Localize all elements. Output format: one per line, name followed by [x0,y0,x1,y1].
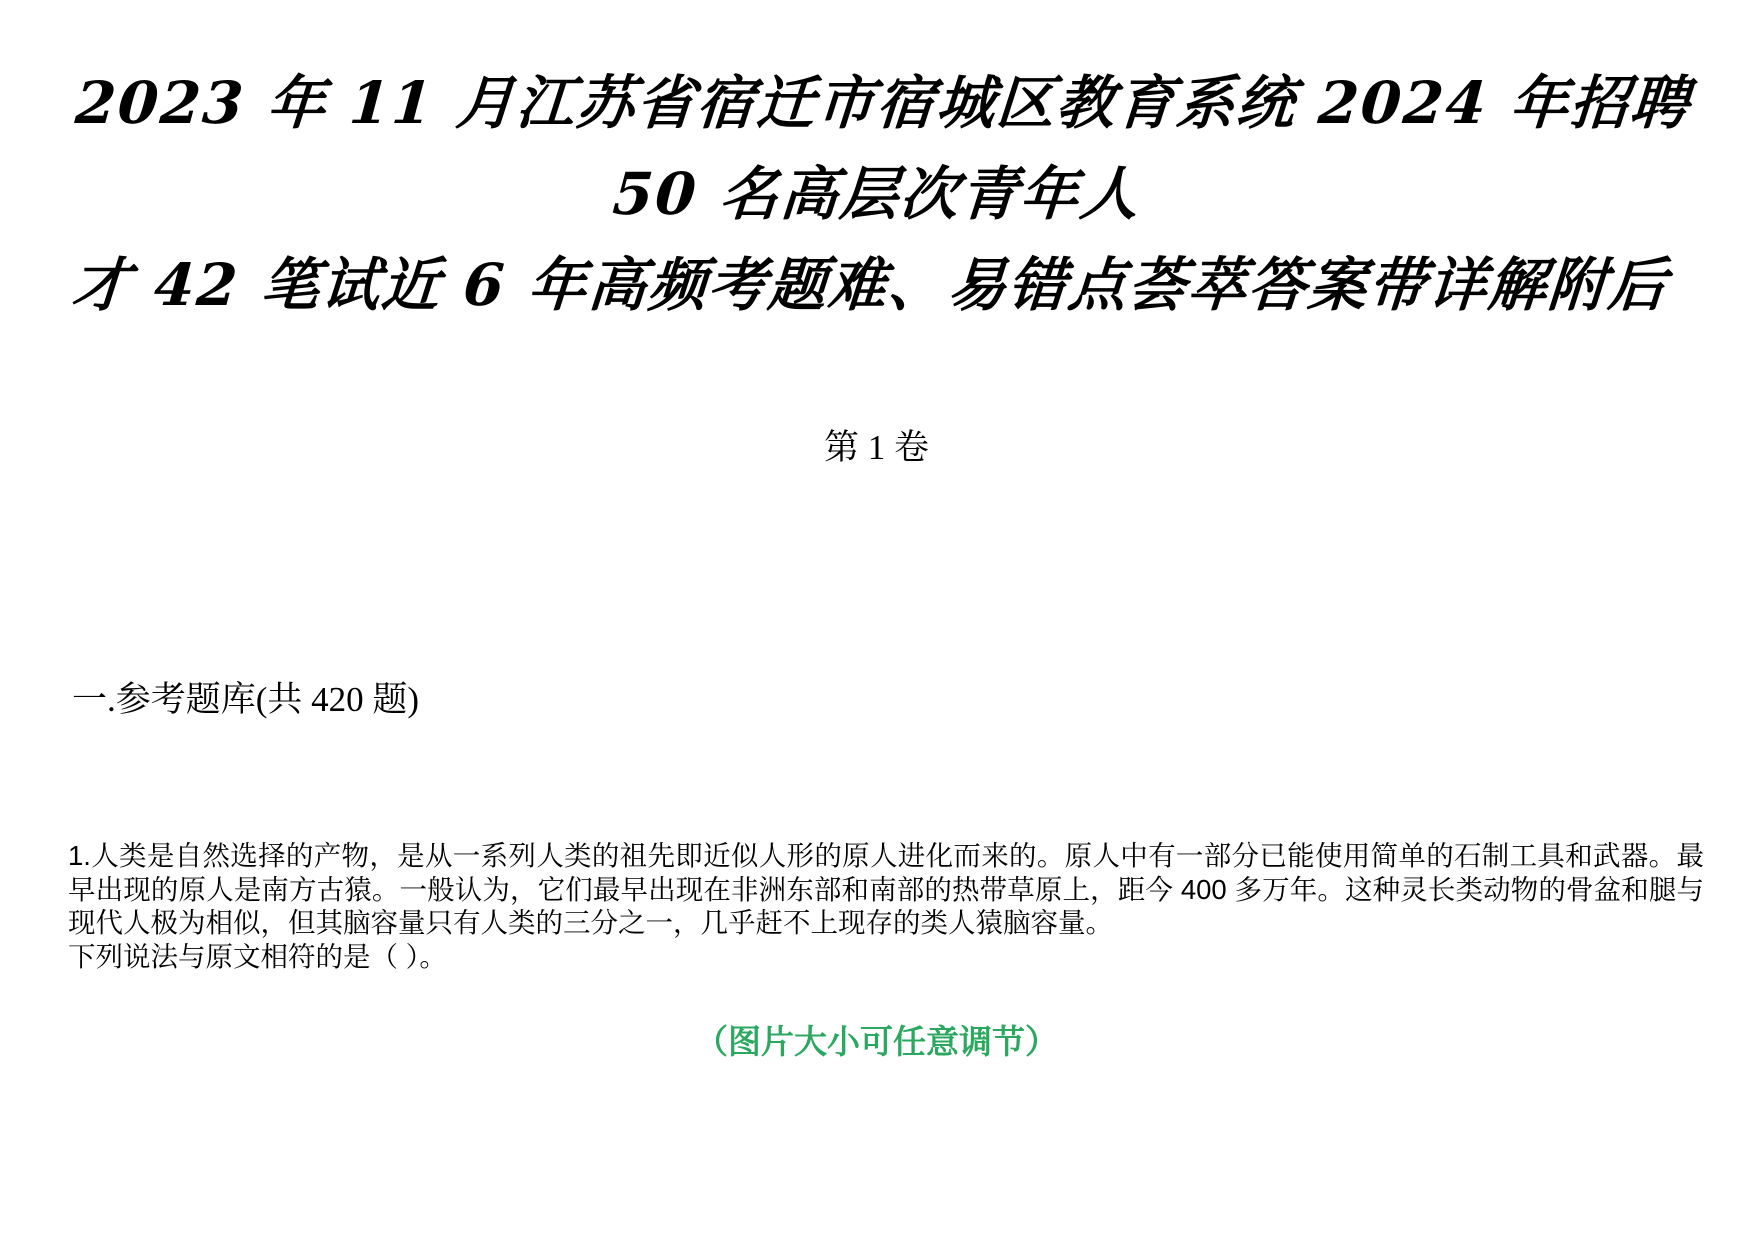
question-1-prompt: 下列说法与原文相符的是（ ）。 [68,940,1704,974]
question-1-body: 1.人类是自然选择的产物，是从一系列人类的祖先即近似人形的原人进化而来的。原人中… [68,839,1704,940]
section-heading: 一.参考题库(共 420 题) [72,672,419,722]
document-title-line-2: 才 42 笔试近 6 年高频考题难、易错点荟萃答案带详解附后 [50,240,1689,331]
volume-heading: 第 1 卷 [0,420,1753,470]
document-page: 2023 年 11 月江苏省宿迁市宿城区教育系统 2024 年招聘 50 名高层… [0,0,1753,1240]
resize-note: （图片大小可任意调节） [0,1016,1753,1063]
question-1: 1.人类是自然选择的产物，是从一系列人类的祖先即近似人形的原人进化而来的。原人中… [68,839,1704,973]
document-title-line-1: 2023 年 11 月江苏省宿迁市宿城区教育系统 2024 年招聘 50 名高层… [57,58,1703,240]
document-title: 2023 年 11 月江苏省宿迁市宿城区教育系统 2024 年招聘 50 名高层… [50,58,1702,331]
